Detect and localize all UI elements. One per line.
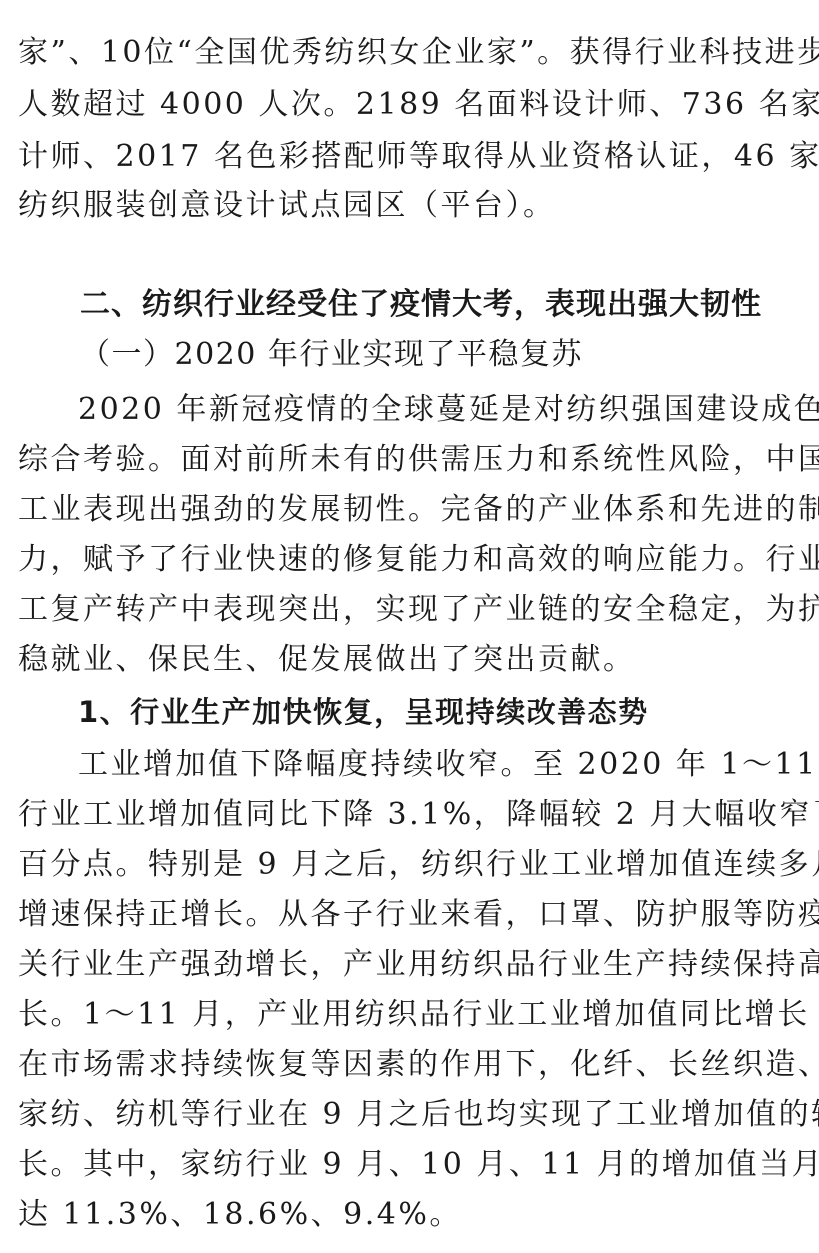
paragraph-line: 长。其中，家纺行业 9 月、10 月、11 月的增加值当月增速分别 — [18, 1145, 808, 1185]
paragraph-line: 工复产转产中表现突出，实现了产业链的安全稳定，为抗疫情、 — [18, 590, 808, 630]
paragraph-line: 增速保持正增长。从各子行业来看，口罩、防护服等防疫物资相 — [18, 895, 808, 935]
paragraph-line: 在市场需求持续恢复等因素的作用下，化纤、长丝织造、针织、 — [18, 1045, 808, 1085]
item-heading: 1、行业生产加快恢复，呈现持续改善态势 — [78, 692, 649, 732]
paragraph-line: 稳就业、保民生、促发展做出了突出贡献。 — [18, 640, 808, 680]
intro-line: 人数超过 4000 人次。2189 名面料设计师、736 名家用纺织品设 — [18, 85, 808, 125]
section-heading: 二、纺织行业经受住了疫情大考，表现出强大韧性 — [80, 285, 762, 325]
paragraph-line: 百分点。特别是 9 月之后，纺织行业工业增加值连续多月当月 — [18, 845, 808, 885]
intro-line: 计师、2017 名色彩搭配师等取得从业资格认证，46 家平台成为 — [18, 137, 808, 177]
paragraph-line: 行业工业增加值同比下降 3.1%，降幅较 2 月大幅收窄了 22.5 个 — [18, 795, 808, 835]
paragraph-line: 达 11.3%、18.6%、9.4%。 — [18, 1195, 808, 1235]
intro-line: 家”、10位“全国优秀纺织女企业家”。获得行业科技进步奖 — [18, 33, 808, 73]
paragraph-line: 长。1～11 月，产业用纺织品行业工业增加值同比增长 56.4%。 — [18, 995, 808, 1035]
paragraph-line: 工业增加值下降幅度持续收窄。至 2020 年 1～11 月，纺织 — [78, 745, 808, 785]
paragraph-line: 工业表现出强劲的发展韧性。完备的产业体系和先进的制造能 — [18, 490, 808, 530]
paragraph-line: 2020 年新冠疫情的全球蔓延是对纺织强国建设成色的一次 — [78, 390, 808, 430]
paragraph-line: 综合考验。面对前所未有的供需压力和系统性风险，中国纺织 — [18, 440, 808, 480]
subsection-heading: （一）2020 年行业实现了平稳复苏 — [80, 335, 583, 375]
paragraph-line: 力，赋予了行业快速的修复能力和高效的响应能力。行业在复 — [18, 540, 808, 580]
paragraph-line: 家纺、纺机等行业在 9 月之后也均实现了工业增加值的较快增 — [18, 1095, 808, 1135]
paragraph-line: 关行业生产强劲增长，产业用纺织品行业生产持续保持高速增 — [18, 945, 808, 985]
intro-line: 纺织服装创意设计试点园区（平台）。 — [18, 186, 808, 226]
document-page: 家”、10位“全国优秀纺织女企业家”。获得行业科技进步奖 人数超过 4000 人… — [0, 0, 819, 1253]
